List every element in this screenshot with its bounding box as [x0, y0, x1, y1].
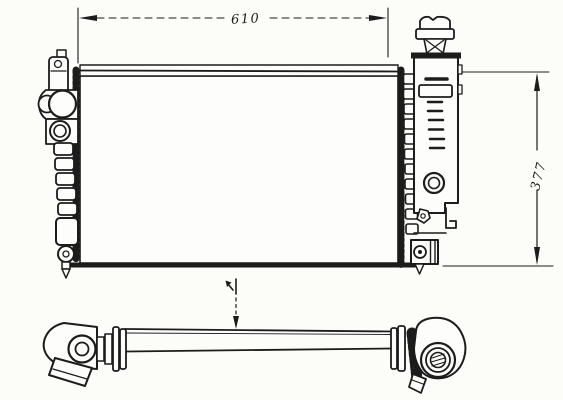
side-bracket [446, 208, 456, 228]
mounting-foot [411, 208, 456, 274]
inlet-pipe [39, 90, 79, 144]
drain-plug-head [58, 246, 74, 262]
top-bracket [49, 50, 68, 95]
arrowhead-right [369, 15, 387, 21]
drain-stem [62, 262, 70, 269]
tank-tab [458, 85, 462, 94]
pipe-end-outer [69, 336, 96, 363]
profile-left-fitting [44, 323, 126, 386]
body-bottom-edge [125, 349, 391, 352]
drawing-canvas: 610 377 [0, 0, 563, 400]
left-tank-assembly [39, 50, 79, 278]
width-dimension-label: 610 [231, 11, 261, 28]
expansion-tank [414, 57, 462, 213]
height-dimension-label: 377 [528, 160, 550, 192]
body-top-inner-edge [125, 333, 391, 335]
cap-skirt [416, 29, 454, 39]
radiator-profile-view [44, 279, 466, 393]
inlet-opening [49, 91, 76, 118]
arrowhead-down [534, 247, 540, 265]
flange-plate [398, 326, 405, 371]
drain-tip [62, 269, 70, 278]
leader-arrowhead [233, 316, 239, 329]
arrowhead-up [534, 73, 540, 91]
profile-right-fitting [391, 318, 465, 393]
airflow-arrow [226, 279, 240, 329]
width-dimension: 610 [78, 8, 388, 63]
height-dimension: 377 [443, 72, 553, 266]
tank-tab [458, 65, 462, 74]
neck-segment [97, 337, 104, 361]
radiator-front-view [39, 17, 463, 278]
lower-clip [417, 209, 430, 223]
hose-port-outer [424, 173, 444, 193]
foot-hole-center [418, 250, 422, 254]
foot-pin [415, 264, 424, 274]
label-plate [419, 85, 452, 97]
flange-plate [391, 328, 397, 369]
lower-tab [409, 374, 426, 393]
right-tank-assembly [401, 17, 462, 274]
flange-plate [113, 327, 119, 371]
rib [57, 188, 76, 200]
drain-plug [58, 246, 74, 278]
filler-cap [411, 17, 461, 59]
arrowhead-left [79, 15, 97, 21]
body-top-edge [125, 329, 391, 332]
header-seam [80, 71, 398, 72]
flange-plate [120, 329, 126, 369]
neck-segment [105, 334, 112, 364]
port-outer-ring [50, 121, 70, 141]
cap-top [420, 17, 450, 30]
radiator-technical-drawing: 610 377 [0, 0, 563, 400]
tank-top-plate [411, 53, 461, 59]
rib [56, 173, 75, 185]
rib [58, 203, 77, 215]
lower-port-block [56, 218, 78, 245]
core-face [80, 76, 398, 263]
rib [55, 158, 74, 170]
radiator-core [64, 65, 421, 265]
profile-body [125, 329, 391, 352]
rib [54, 143, 73, 155]
